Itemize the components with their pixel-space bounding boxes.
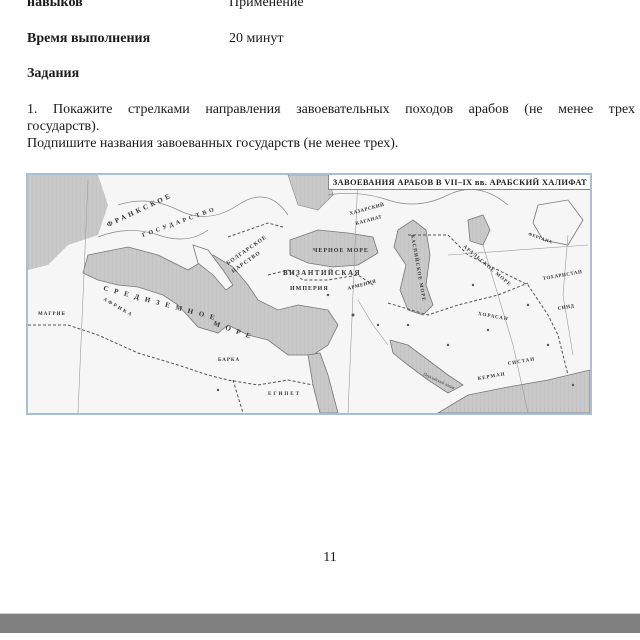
duration-value: 20 минут bbox=[229, 31, 283, 47]
label-barka: БАРКА bbox=[218, 358, 240, 363]
bottom-bar bbox=[0, 613, 640, 633]
label-byzantine-2: ИМПЕРИЯ bbox=[290, 286, 329, 292]
skills-label: навыков bbox=[27, 0, 83, 11]
label-black-sea: ЧЕРНОЕ МОРЕ bbox=[313, 248, 369, 254]
skills-value: Применение bbox=[229, 0, 304, 11]
duration-label: Время выполнения bbox=[27, 31, 150, 47]
map-drawing: ФРАНКСКОЕ ГОСУДАРСТВО БОЛГАРСКОЕ ЦАРСТВО… bbox=[28, 175, 590, 413]
page-number: 11 bbox=[0, 550, 640, 566]
label-maghreb: МАГРИБ bbox=[38, 312, 66, 317]
label-byzantine: ВИЗАНТИЙСКАЯ bbox=[283, 269, 361, 277]
section-heading: Задания bbox=[27, 66, 79, 82]
task-instructions: 1. Покажите стрелками направления завоев… bbox=[27, 101, 635, 152]
task-line-3: Подпишите названия завоеванных государст… bbox=[27, 135, 635, 152]
map-title: ЗАВОЕВАНИЯ АРАБОВ В VII–IX вв. АРАБСКИЙ … bbox=[328, 175, 590, 190]
task-line-1: 1. Покажите стрелками направления завоев… bbox=[27, 101, 635, 118]
historical-map: ФРАНКСКОЕ ГОСУДАРСТВО БОЛГАРСКОЕ ЦАРСТВО… bbox=[26, 173, 592, 415]
label-egypt: ЕГИПЕТ bbox=[268, 392, 301, 397]
task-line-2: государств). bbox=[27, 118, 635, 135]
